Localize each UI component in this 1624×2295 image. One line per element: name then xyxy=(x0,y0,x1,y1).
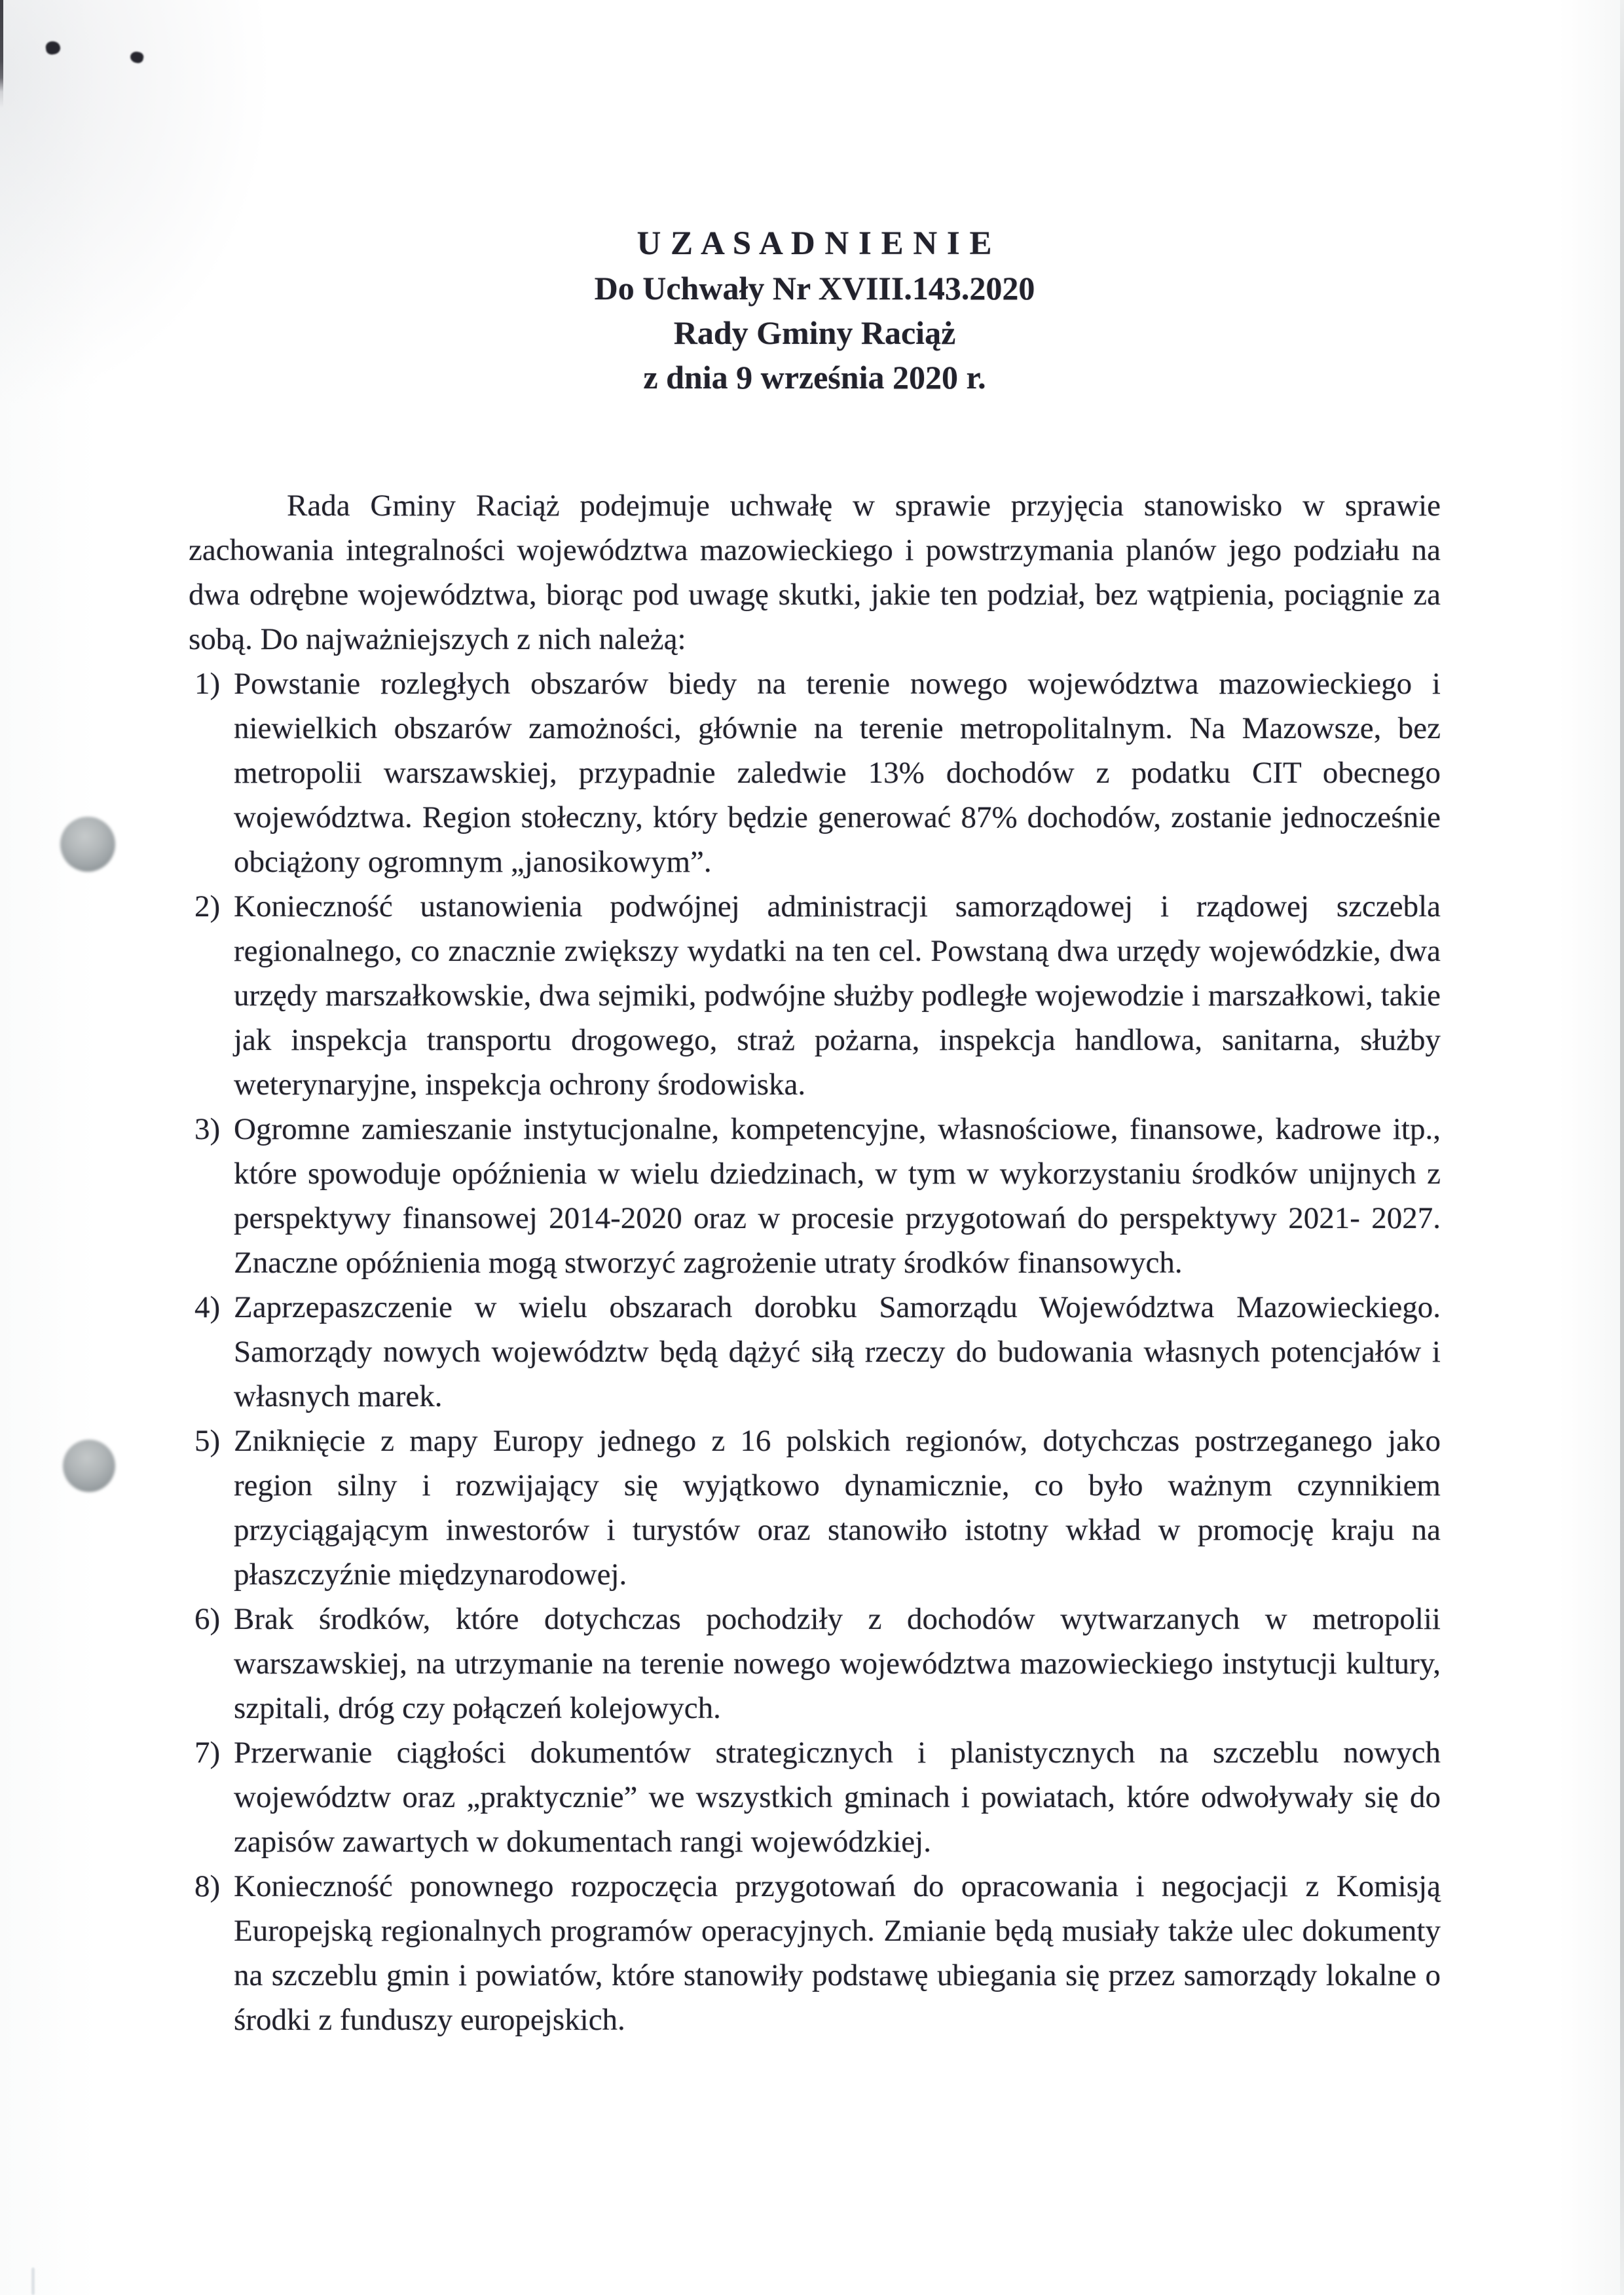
list-item-text: Konieczność ponownego rozpoczęcia przygo… xyxy=(234,1864,1441,2042)
scanned-document-page: U Z A S A D N I E N I E Do Uchwały Nr XV… xyxy=(0,0,1624,2295)
list-item-text: Ogromne zamieszanie instytucjonalne, kom… xyxy=(234,1107,1441,1285)
list-item-marker: 2) xyxy=(194,884,234,929)
list-item: 6) Brak środków, które dotychczas pochod… xyxy=(194,1597,1441,1730)
list-item: 4) Zaprzepaszczenie w wielu obszarach do… xyxy=(194,1285,1441,1419)
list-item-marker: 1) xyxy=(194,662,234,706)
list-item-marker: 8) xyxy=(194,1864,234,1909)
document-title: U Z A S A D N I E N I E xyxy=(189,221,1441,266)
list-item: 1) Powstanie rozległych obszarów biedy n… xyxy=(194,662,1441,884)
resolution-number-line: Do Uchwały Nr XVIII.143.2020 xyxy=(189,266,1441,310)
list-item-text: Brak środków, które dotychczas pochodził… xyxy=(234,1597,1441,1730)
punch-hole-artifact xyxy=(60,817,115,872)
list-item-text: Zaprzepaszczenie w wielu obszarach dorob… xyxy=(234,1285,1441,1419)
list-item-marker: 4) xyxy=(194,1285,234,1330)
list-item: 7) Przerwanie ciągłości dokumentów strat… xyxy=(194,1730,1441,1864)
intro-paragraph: Rada Gminy Raciąż podejmuje uchwałę w sp… xyxy=(189,483,1441,662)
council-name-line: Rady Gminy Raciąż xyxy=(189,310,1441,355)
list-item: 3) Ogromne zamieszanie instytucjonalne, … xyxy=(194,1107,1441,1285)
numbered-list: 1) Powstanie rozległych obszarów biedy n… xyxy=(189,662,1441,2042)
scan-left-edge-artifact xyxy=(0,0,3,108)
list-item: 8) Konieczność ponownego rozpoczęcia prz… xyxy=(194,1864,1441,2042)
list-item-text: Powstanie rozległych obszarów biedy na t… xyxy=(234,662,1441,884)
document-body: U Z A S A D N I E N I E Do Uchwały Nr XV… xyxy=(189,221,1441,2042)
scan-bottom-edge-artifact xyxy=(31,2267,35,2295)
list-item: 5) Zniknięcie z mapy Europy jednego z 16… xyxy=(194,1419,1441,1597)
list-item-text: Przerwanie ciągłości dokumentów strategi… xyxy=(234,1730,1441,1864)
punch-hole-artifact xyxy=(63,1440,115,1492)
list-item: 2) Konieczność ustanowienia podwójnej ad… xyxy=(194,884,1441,1107)
list-item-marker: 6) xyxy=(194,1597,234,1641)
list-item-marker: 7) xyxy=(194,1730,234,1775)
list-item-text: Konieczność ustanowienia podwójnej admin… xyxy=(234,884,1441,1107)
list-item-marker: 5) xyxy=(194,1419,234,1463)
list-item-marker: 3) xyxy=(194,1107,234,1151)
list-item-text: Zniknięcie z mapy Europy jednego z 16 po… xyxy=(234,1419,1441,1597)
ink-blot-artifact xyxy=(45,41,62,56)
ink-blot-artifact xyxy=(129,50,144,64)
document-header: U Z A S A D N I E N I E Do Uchwały Nr XV… xyxy=(189,221,1441,400)
scan-right-edge-artifact xyxy=(1620,0,1624,2295)
resolution-date-line: z dnia 9 września 2020 r. xyxy=(189,355,1441,400)
